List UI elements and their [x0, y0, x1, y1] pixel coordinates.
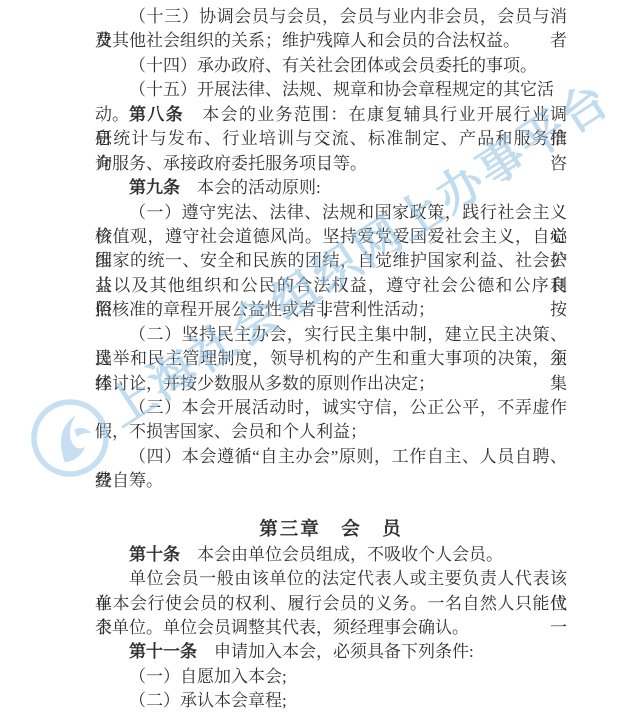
document-line: 第九条 本会的活动原则:	[95, 176, 567, 200]
document-page-body: （十三）协调会员与会员，会员与业内非会员，会员与消费者及其他社会组织的关系；维护…	[95, 5, 567, 714]
document-line: （十五）开展法律、法规、规章和协会章程规定的其它活动。	[95, 78, 567, 102]
chapter-heading: 第三章 会 员	[95, 518, 567, 542]
document-line: 单位会员一般由该单位的法定代表人或主要负责人代表该单位	[95, 567, 567, 591]
document-line: （二）坚持民主办会，实行民主集中制，建立民主决策、民主	[95, 323, 567, 347]
document-line: （十四）承办政府、有关社会团体或会员委托的事项。	[95, 54, 567, 78]
document-line: （十三）协调会员与会员，会员与业内非会员，会员与消费者	[95, 5, 567, 29]
document-line: 选举和民主管理制度，领导机构的产生和重大事项的决策，须经集	[95, 347, 567, 371]
document-line: 价值观，遵守社会道德风尚。坚持爱党爱国爱社会主义，自觉维护	[95, 225, 567, 249]
document-line: 第十一条 申请加入本会，必须具备下列条件:	[95, 640, 567, 664]
document-line: 益以及其他组织和公民的合法权益，遵守社会公德和公序良俗，按	[95, 274, 567, 298]
document-line: （二）承认本会章程;	[95, 689, 567, 713]
document-line: （四）本会遵循“自主办会”原则，工作自主、人员自聘、经	[95, 445, 567, 469]
document-line: （一）自愿加入本会;	[95, 665, 567, 689]
document-line	[95, 494, 567, 518]
document-line: 假，不损害国家、会员和个人利益；	[95, 420, 567, 444]
document-line: 及其他社会组织的关系；维护残障人和会员的合法权益。	[95, 29, 567, 53]
document-line: 第八条 本会的业务范围：在康复辅具行业开展行业调研、信	[95, 103, 567, 127]
document-line: 在本会行使会员的权利、履行会员的义务。一名自然人只能代表一	[95, 592, 567, 616]
document-line: 国家的统一、安全和民族的团结，自觉维护国家利益、社会公共利	[95, 249, 567, 273]
document-line: （三）本会开展活动时，诚实守信，公正公平，不弄虚作	[95, 396, 567, 420]
document-line: 费自筹。	[95, 469, 567, 493]
document-line: 息统计与发布、行业培训与交流、标准制定、产品和服务推介、咨	[95, 127, 567, 151]
document-line: 第十条 本会由单位会员组成，不吸收个人会员。	[95, 543, 567, 567]
document-line: （一）遵守宪法、法律、法规和国家政策，践行社会主义核心	[95, 201, 567, 225]
